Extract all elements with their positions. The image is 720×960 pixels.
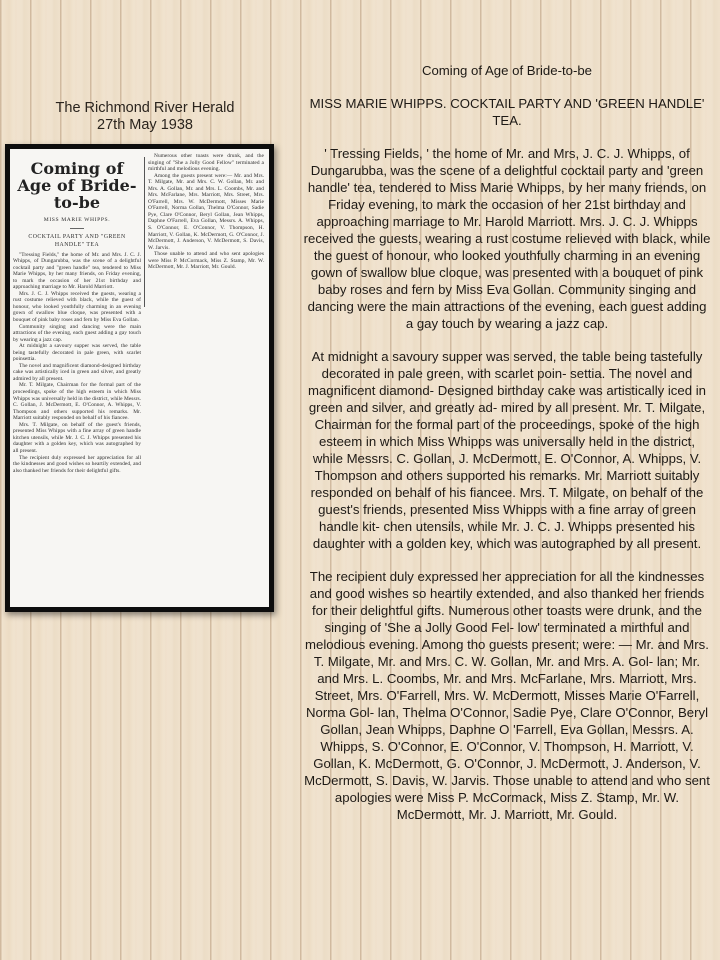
transcript-paragraph: The recipient duly expressed her appreci…: [303, 568, 711, 823]
clipping-paragraph: Those unable to attend and who sent apol…: [148, 251, 264, 271]
clipping-paragraph: "Tressing Fields," the home of Mr. and M…: [13, 252, 141, 291]
transcript-subtitle: MISS MARIE WHIPPS. COCKTAIL PARTY AND 'G…: [303, 95, 711, 129]
newspaper-clipping: Coming of Age of Bride-to-be MISS MARIE …: [10, 149, 269, 607]
newspaper-name: The Richmond River Herald: [0, 100, 290, 117]
article-transcript: Coming of Age of Bride-to-be MISS MARIE …: [303, 62, 711, 839]
clipping-paragraph: Mrs. T. Milgate, on behalf of the guest'…: [13, 422, 141, 455]
clipping-paragraph: At midnight a savoury supper was served,…: [13, 343, 141, 363]
clipping-column-divider: [144, 157, 145, 307]
clipping-rule: [70, 228, 84, 229]
clipping-left-column: Coming of Age of Bride-to-be MISS MARIE …: [13, 153, 141, 474]
clipping-paragraph: The recipient duly expressed her appreci…: [13, 455, 141, 475]
clipping-paragraph: Community singing and dancing were the m…: [13, 324, 141, 344]
clipping-paragraph: The novel and magnificent diamond-design…: [13, 363, 141, 383]
publication-date: 27th May 1938: [0, 117, 290, 134]
clipping-right-column: Numerous other toasts were drunk, and th…: [148, 153, 264, 271]
clipping-subheading-2: COCKTAIL PARTY AND "GREEN HANDLE" TEA: [13, 233, 141, 249]
newspaper-source-caption: The Richmond River Herald 27th May 1938: [0, 100, 290, 134]
transcript-paragraph: ' Tressing Fields, ' the home of Mr. and…: [303, 145, 711, 332]
clipping-subheading: MISS MARIE WHIPPS.: [13, 217, 141, 224]
transcript-title: Coming of Age of Bride-to-be: [303, 62, 711, 79]
clipping-headline: Coming of Age of Bride-to-be: [13, 160, 141, 211]
clipping-paragraph: Numerous other toasts were drunk, and th…: [148, 153, 264, 173]
transcript-paragraph: At midnight a savoury supper was served,…: [303, 348, 711, 552]
newspaper-clipping-frame: Coming of Age of Bride-to-be MISS MARIE …: [5, 144, 274, 612]
clipping-paragraph: Mr. T. Milgate, Chairman for the formal …: [13, 382, 141, 421]
clipping-paragraph: Mrs. J. C. J. Whipps received the guests…: [13, 291, 141, 324]
clipping-paragraph: Among the guests present were:— Mr. and …: [148, 173, 264, 252]
